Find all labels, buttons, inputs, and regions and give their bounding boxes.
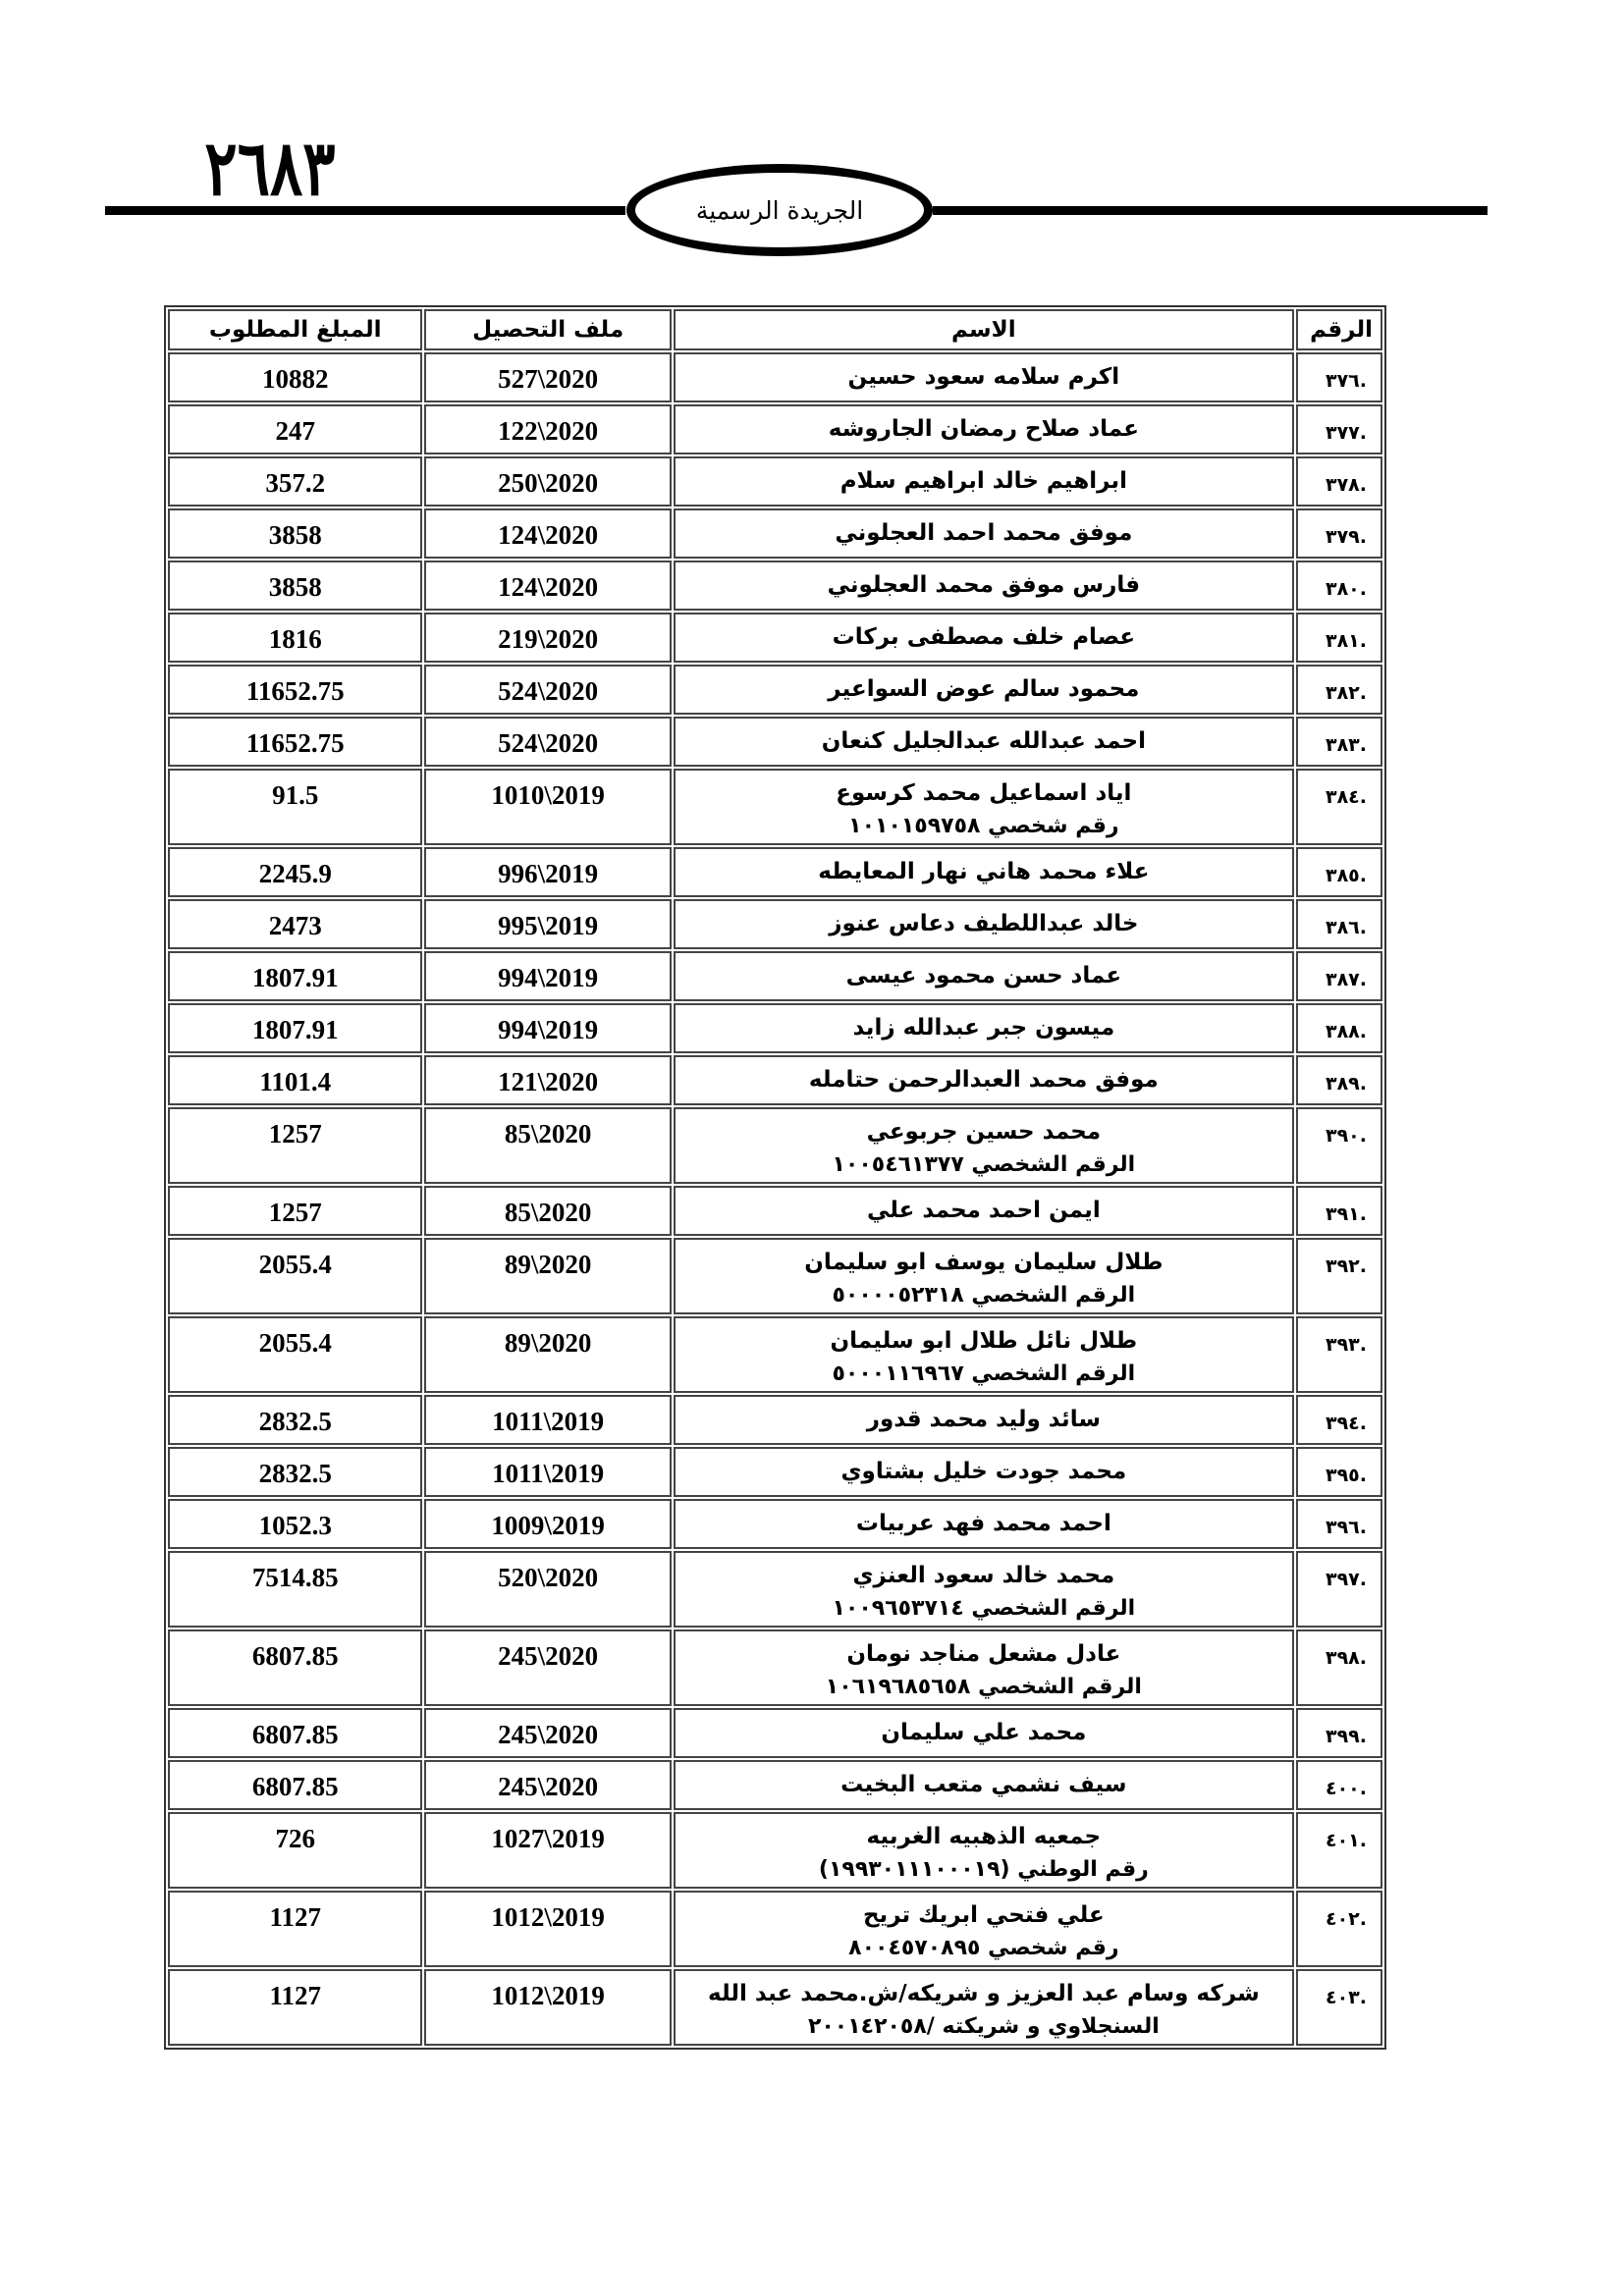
amount-due: 91.5 <box>168 769 422 845</box>
id-number: رقم الوطني (١٩٩٣٠١١١٠٠٠١٩) <box>681 1853 1286 1887</box>
row-number: .٣٨٧ <box>1296 951 1382 1001</box>
collection-file: 245\2020 <box>424 1629 671 1706</box>
row-number: .٤٠٢ <box>1296 1891 1382 1967</box>
row-number: .٣٧٩ <box>1296 508 1382 559</box>
collection-file: 245\2020 <box>424 1708 671 1758</box>
person-name: محمد خالد سعود العنزي <box>852 1563 1114 1588</box>
row-number: .٤٠٠ <box>1296 1760 1382 1810</box>
column-header-collection-file: ملف التحصيل <box>424 309 671 350</box>
person-name: ابراهيم خالد ابراهيم سلام <box>840 468 1127 494</box>
amount-due: 11652.75 <box>168 717 422 767</box>
table-row: .٤٠٠سيف نشمي متعب البخيت245\20206807.85 <box>168 1760 1382 1810</box>
collection-file: 524\2020 <box>424 717 671 767</box>
amount-due: 357.2 <box>168 456 422 507</box>
id-number: رقم شخصي ٨٠٠٤٥٧٠٨٩٥ <box>681 1932 1286 1965</box>
collection-file: 994\2019 <box>424 951 671 1001</box>
collection-file: 124\2020 <box>424 508 671 559</box>
table-row: .٣٨٢محمود سالم عوض السواعير524\202011652… <box>168 665 1382 715</box>
table-row: .٣٩٩محمد علي سليمان245\20206807.85 <box>168 1708 1382 1758</box>
collection-file: 85\2020 <box>424 1186 671 1236</box>
table-row: .٣٨٧عماد حسن محمود عيسى994\20191807.91 <box>168 951 1382 1001</box>
amount-due: 2055.4 <box>168 1316 422 1393</box>
row-number: .٣٨٣ <box>1296 717 1382 767</box>
table-row: .٣٨٦خالد عبداللطيف دعاس عنوز995\20192473 <box>168 899 1382 949</box>
name-cell: احمد عبدالله عبدالجليل كنعان <box>674 717 1294 767</box>
collection-file: 124\2020 <box>424 561 671 611</box>
header-rule-right <box>933 206 1488 215</box>
amount-due: 1101.4 <box>168 1055 422 1105</box>
row-number: .٣٧٧ <box>1296 404 1382 454</box>
person-name: موفق محمد احمد العجلوني <box>835 520 1132 546</box>
name-cell: محمد جودت خليل بشتاوي <box>674 1447 1294 1497</box>
table-row: .٣٩٣طلال نائل طلال ابو سليمانالرقم الشخص… <box>168 1316 1382 1393</box>
person-name: سيف نشمي متعب البخيت <box>840 1772 1126 1797</box>
name-cell: شركه وسام عبد العزيز و شريكه/ش.محمد عبد … <box>674 1969 1294 2046</box>
person-name: سائد وليد محمد قدور <box>867 1407 1101 1432</box>
column-header-amount-due: المبلغ المطلوب <box>168 309 422 350</box>
table-row: .٤٠١جمعيه الذهبيه الغربيهرقم الوطني (١٩٩… <box>168 1812 1382 1889</box>
table-row: .٣٨١عصام خلف مصطفى بركات219\20201816 <box>168 613 1382 663</box>
person-name: احمد محمد فهد عربيات <box>856 1511 1111 1536</box>
table-row: .٣٧٦اكرم سلامه سعود حسين527\202010882 <box>168 352 1382 402</box>
column-header-name: الاسم <box>674 309 1294 350</box>
amount-due: 6807.85 <box>168 1760 422 1810</box>
name-cell: عادل مشعل مناجد نومانالرقم الشخصي ١٠٦١٩٦… <box>674 1629 1294 1706</box>
table-row: .٣٩٦احمد محمد فهد عربيات1009\20191052.3 <box>168 1499 1382 1549</box>
name-cell: محمود سالم عوض السواعير <box>674 665 1294 715</box>
collection-file: 85\2020 <box>424 1107 671 1184</box>
amount-due: 7514.85 <box>168 1551 422 1628</box>
table-row: .٣٧٧عماد صلاح رمضان الجاروشه122\2020247 <box>168 404 1382 454</box>
name-cell: فارس موفق محمد العجلوني <box>674 561 1294 611</box>
row-number: .٣٨٥ <box>1296 847 1382 897</box>
name-cell: اكرم سلامه سعود حسين <box>674 352 1294 402</box>
row-number: .٣٩٠ <box>1296 1107 1382 1184</box>
name-cell: ابراهيم خالد ابراهيم سلام <box>674 456 1294 507</box>
person-name: ميسون جبر عبدالله زايد <box>853 1015 1115 1041</box>
name-cell: موفق محمد العبدالرحمن حتامله <box>674 1055 1294 1105</box>
person-name: ايمن احمد محمد علي <box>867 1198 1101 1223</box>
row-number: .٣٩١ <box>1296 1186 1382 1236</box>
amount-due: 6807.85 <box>168 1629 422 1706</box>
person-name: عادل مشعل مناجد نومان <box>846 1641 1120 1667</box>
table-row: .٣٩٨عادل مشعل مناجد نومانالرقم الشخصي ١٠… <box>168 1629 1382 1706</box>
table-row: .٣٩٢طلال سليمان يوسف ابو سليمانالرقم الش… <box>168 1238 1382 1314</box>
name-cell: عماد حسن محمود عيسى <box>674 951 1294 1001</box>
row-number: .٣٩٩ <box>1296 1708 1382 1758</box>
row-number: .٣٧٦ <box>1296 352 1382 402</box>
person-name: عصام خلف مصطفى بركات <box>833 624 1135 650</box>
row-number: .٣٨٠ <box>1296 561 1382 611</box>
collection-file: 1011\2019 <box>424 1395 671 1445</box>
collection-file: 1010\2019 <box>424 769 671 845</box>
id-number: السنجلاوي و شريكته /٢٠٠١٤٢٠٥٨ <box>681 2010 1286 2044</box>
table-row: .٣٨٨ميسون جبر عبدالله زايد994\20191807.9… <box>168 1003 1382 1053</box>
id-number: الرقم الشخصي ١٠٠٩٦٥٣٧١٤ <box>681 1592 1286 1626</box>
amount-due: 10882 <box>168 352 422 402</box>
table-row: .٣٨٤اياد اسماعيل محمد كرسوعرقم شخصي ١٠١٠… <box>168 769 1382 845</box>
amount-due: 2832.5 <box>168 1447 422 1497</box>
row-number: .٣٨٢ <box>1296 665 1382 715</box>
name-cell: محمد خالد سعود العنزيالرقم الشخصي ١٠٠٩٦٥… <box>674 1551 1294 1628</box>
id-number: الرقم الشخصي ٥٠٠٠١١٦٩٦٧ <box>681 1358 1286 1391</box>
person-name: احمد عبدالله عبدالجليل كنعان <box>822 728 1146 754</box>
table-row: .٣٧٨ابراهيم خالد ابراهيم سلام250\2020357… <box>168 456 1382 507</box>
person-name: خالد عبداللطيف دعاس عنوز <box>829 911 1138 936</box>
name-cell: عصام خلف مصطفى بركات <box>674 613 1294 663</box>
person-name: عماد صلاح رمضان الجاروشه <box>829 416 1139 442</box>
collection-file: 1027\2019 <box>424 1812 671 1889</box>
id-number: الرقم الشخصي ١٠٠٥٤٦١٣٧٧ <box>681 1148 1286 1182</box>
person-name: علاء محمد هاني نهار المعايطه <box>818 859 1149 884</box>
table-row: .٤٠٢علي فتحي ابريك تريحرقم شخصي ٨٠٠٤٥٧٠٨… <box>168 1891 1382 1967</box>
amount-due: 2055.4 <box>168 1238 422 1314</box>
collection-file: 121\2020 <box>424 1055 671 1105</box>
row-number: .٣٨٩ <box>1296 1055 1382 1105</box>
id-number: الرقم الشخصي ١٠٦١٩٦٨٥٦٥٨ <box>681 1671 1286 1704</box>
person-name: موفق محمد العبدالرحمن حتامله <box>809 1067 1159 1093</box>
collections-table: الرقم الاسم ملف التحصيل المبلغ المطلوب .… <box>164 305 1386 2050</box>
table-row: .٣٩٥محمد جودت خليل بشتاوي1011\20192832.5 <box>168 1447 1382 1497</box>
name-cell: محمد علي سليمان <box>674 1708 1294 1758</box>
row-number: .٣٨٤ <box>1296 769 1382 845</box>
table-body: .٣٧٦اكرم سلامه سعود حسين527\202010882.٣٧… <box>168 352 1382 2046</box>
person-name: اياد اسماعيل محمد كرسوع <box>836 780 1131 806</box>
row-number: .٣٩٤ <box>1296 1395 1382 1445</box>
row-number: .٣٩٨ <box>1296 1629 1382 1706</box>
person-name: محمد علي سليمان <box>881 1720 1086 1745</box>
amount-due: 11652.75 <box>168 665 422 715</box>
amount-due: 1127 <box>168 1969 422 2046</box>
name-cell: طلال نائل طلال ابو سليمانالرقم الشخصي ٥٠… <box>674 1316 1294 1393</box>
amount-due: 1052.3 <box>168 1499 422 1549</box>
row-number: .٤٠٣ <box>1296 1969 1382 2046</box>
amount-due: 1807.91 <box>168 951 422 1001</box>
collection-file: 122\2020 <box>424 404 671 454</box>
name-cell: ايمن احمد محمد علي <box>674 1186 1294 1236</box>
table-row: .٤٠٣شركه وسام عبد العزيز و شريكه/ش.محمد … <box>168 1969 1382 2046</box>
collection-file: 527\2020 <box>424 352 671 402</box>
collection-file: 996\2019 <box>424 847 671 897</box>
table-row: .٣٨٩موفق محمد العبدالرحمن حتامله121\2020… <box>168 1055 1382 1105</box>
amount-due: 2473 <box>168 899 422 949</box>
name-cell: موفق محمد احمد العجلوني <box>674 508 1294 559</box>
name-cell: جمعيه الذهبيه الغربيهرقم الوطني (١٩٩٣٠١١… <box>674 1812 1294 1889</box>
person-name: محمد حسين جربوعي <box>867 1119 1102 1145</box>
row-number: .٣٩٦ <box>1296 1499 1382 1549</box>
row-number: .٤٠١ <box>1296 1812 1382 1889</box>
collection-file: 89\2020 <box>424 1238 671 1314</box>
name-cell: علي فتحي ابريك تريحرقم شخصي ٨٠٠٤٥٧٠٨٩٥ <box>674 1891 1294 1967</box>
person-name: اكرم سلامه سعود حسين <box>848 364 1120 390</box>
header-rule-left <box>105 206 625 215</box>
row-number: .٣٨٨ <box>1296 1003 1382 1053</box>
amount-due: 6807.85 <box>168 1708 422 1758</box>
collection-file: 1009\2019 <box>424 1499 671 1549</box>
amount-due: 1807.91 <box>168 1003 422 1053</box>
collection-file: 219\2020 <box>424 613 671 663</box>
table-row: .٣٨٣احمد عبدالله عبدالجليل كنعان524\2020… <box>168 717 1382 767</box>
name-cell: اياد اسماعيل محمد كرسوعرقم شخصي ١٠١٠١٥٩٧… <box>674 769 1294 845</box>
row-number: .٣٩٣ <box>1296 1316 1382 1393</box>
collection-file: 89\2020 <box>424 1316 671 1393</box>
person-name: فارس موفق محمد العجلوني <box>828 572 1140 598</box>
amount-due: 1127 <box>168 1891 422 1967</box>
table-row: .٣٩١ايمن احمد محمد علي85\20201257 <box>168 1186 1382 1236</box>
table-row: .٣٩٧محمد خالد سعود العنزيالرقم الشخصي ١٠… <box>168 1551 1382 1628</box>
amount-due: 2832.5 <box>168 1395 422 1445</box>
collection-file: 995\2019 <box>424 899 671 949</box>
collection-file: 250\2020 <box>424 456 671 507</box>
id-number: رقم شخصي ١٠١٠١٥٩٧٥٨ <box>681 810 1286 843</box>
amount-due: 726 <box>168 1812 422 1889</box>
person-name: شركه وسام عبد العزيز و شريكه/ش.محمد عبد … <box>708 1981 1260 2006</box>
table-header-row: الرقم الاسم ملف التحصيل المبلغ المطلوب <box>168 309 1382 350</box>
row-number: .٣٩٢ <box>1296 1238 1382 1314</box>
row-number: .٣٩٥ <box>1296 1447 1382 1497</box>
table-row: .٣٩٤سائد وليد محمد قدور1011\20192832.5 <box>168 1395 1382 1445</box>
table-row: .٣٧٩موفق محمد احمد العجلوني124\20203858 <box>168 508 1382 559</box>
collection-file: 1011\2019 <box>424 1447 671 1497</box>
person-name: محمود سالم عوض السواعير <box>828 676 1139 702</box>
name-cell: ميسون جبر عبدالله زايد <box>674 1003 1294 1053</box>
page-number: ٢٦٨٣ <box>196 126 344 212</box>
amount-due: 3858 <box>168 561 422 611</box>
person-name: طلال نائل طلال ابو سليمان <box>831 1328 1138 1354</box>
collection-file: 994\2019 <box>424 1003 671 1053</box>
name-cell: طلال سليمان يوسف ابو سليمانالرقم الشخصي … <box>674 1238 1294 1314</box>
row-number: .٣٩٧ <box>1296 1551 1382 1628</box>
name-cell: سيف نشمي متعب البخيت <box>674 1760 1294 1810</box>
masthead-ellipse: الجريدة الرسمية <box>626 164 933 256</box>
row-number: .٣٧٨ <box>1296 456 1382 507</box>
id-number: الرقم الشخصي ٥٠٠٠٠٥٢٣١٨ <box>681 1279 1286 1312</box>
row-number: .٣٨١ <box>1296 613 1382 663</box>
table-row: .٣٩٠محمد حسين جربوعيالرقم الشخصي ١٠٠٥٤٦١… <box>168 1107 1382 1184</box>
collection-file: 1012\2019 <box>424 1891 671 1967</box>
row-number: .٣٨٦ <box>1296 899 1382 949</box>
amount-due: 1257 <box>168 1107 422 1184</box>
name-cell: سائد وليد محمد قدور <box>674 1395 1294 1445</box>
amount-due: 1816 <box>168 613 422 663</box>
collection-file: 520\2020 <box>424 1551 671 1628</box>
column-header-number: الرقم <box>1296 309 1382 350</box>
collection-file: 524\2020 <box>424 665 671 715</box>
table-row: .٣٨٥علاء محمد هاني نهار المعايطه996\2019… <box>168 847 1382 897</box>
person-name: علي فتحي ابريك تريح <box>863 1902 1105 1928</box>
person-name: عماد حسن محمود عيسى <box>846 963 1122 988</box>
name-cell: احمد محمد فهد عربيات <box>674 1499 1294 1549</box>
name-cell: محمد حسين جربوعيالرقم الشخصي ١٠٠٥٤٦١٣٧٧ <box>674 1107 1294 1184</box>
collection-file: 245\2020 <box>424 1760 671 1810</box>
amount-due: 2245.9 <box>168 847 422 897</box>
name-cell: علاء محمد هاني نهار المعايطه <box>674 847 1294 897</box>
amount-due: 1257 <box>168 1186 422 1236</box>
publication-title: الجريدة الرسمية <box>696 196 863 225</box>
table-row: .٣٨٠فارس موفق محمد العجلوني124\20203858 <box>168 561 1382 611</box>
name-cell: عماد صلاح رمضان الجاروشه <box>674 404 1294 454</box>
person-name: جمعيه الذهبيه الغربيه <box>867 1824 1102 1849</box>
person-name: طلال سليمان يوسف ابو سليمان <box>804 1250 1163 1275</box>
amount-due: 247 <box>168 404 422 454</box>
name-cell: خالد عبداللطيف دعاس عنوز <box>674 899 1294 949</box>
amount-due: 3858 <box>168 508 422 559</box>
collection-file: 1012\2019 <box>424 1969 671 2046</box>
person-name: محمد جودت خليل بشتاوي <box>840 1459 1126 1484</box>
